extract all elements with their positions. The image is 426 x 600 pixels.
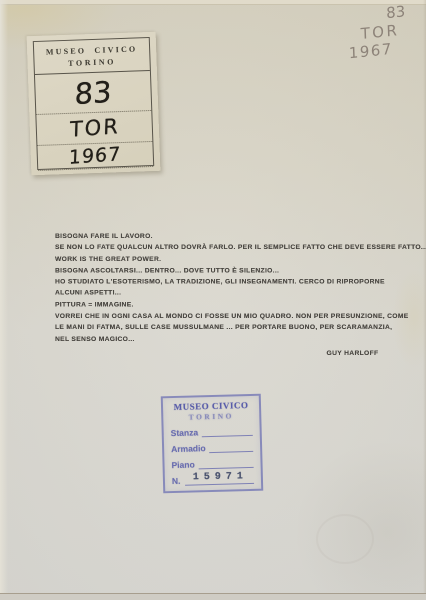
scanned-page: MUSEO CIVICO TORINO 83 TOR 1967 83 TOR 1… xyxy=(0,0,426,600)
quote-line: BISOGNA ASCOLTARSI... DENTRO... DOVE TUT… xyxy=(55,265,391,276)
quote-line: PITTURA = IMMAGINE. xyxy=(55,299,391,310)
inventory-stamp: MUSEO CIVICO TORINO Stanza Armadio Piano… xyxy=(161,394,264,494)
stamp-field-piano: Piano xyxy=(171,458,253,470)
faint-ring-mark xyxy=(316,514,374,564)
stamp-inventory-number: 15971 xyxy=(193,471,248,483)
page-edge-bottom xyxy=(0,593,426,600)
label-handwritten-number: 83 xyxy=(74,72,112,115)
label-entry-year: 1967 xyxy=(37,142,153,171)
label-entry-location: TOR xyxy=(36,111,152,146)
stamp-field-label: Armadio xyxy=(171,443,206,454)
quote-line: BISOGNA FARE IL LAVORO. xyxy=(55,231,391,242)
library-label-subtitle: TORINO xyxy=(34,56,149,69)
stamp-field-blank-line xyxy=(210,451,254,453)
library-label: MUSEO CIVICO TORINO 83 TOR 1967 xyxy=(27,32,161,175)
quote-line: ALCUNI ASPETTI... xyxy=(55,288,391,299)
library-label-header: MUSEO CIVICO TORINO xyxy=(34,38,150,75)
quote-line: NEL SENSO MAGICO... xyxy=(55,334,391,345)
quote-line: HO STUDIATO L'ESOTERISMO, LA TRADIZIONE,… xyxy=(55,277,391,288)
stamp-subtitle: TORINO xyxy=(163,411,259,423)
stamp-field-blank-line xyxy=(185,483,255,486)
quote-line: SE NON LO FATE QUALCUN ALTRO DOVRÀ FARLO… xyxy=(55,242,391,253)
label-entry-shelfmark: 83 xyxy=(35,71,151,115)
quote-line: LE MANI DI FATMA, SULLE CASE MUSSULMANE … xyxy=(55,322,391,333)
library-label-border: MUSEO CIVICO TORINO 83 TOR 1967 xyxy=(33,37,154,170)
page-edge-top xyxy=(0,0,426,5)
page-edge-left xyxy=(0,0,8,600)
stamp-field-blank-line xyxy=(202,435,253,437)
stamp-field-label: N. xyxy=(172,476,181,486)
quote-block: BISOGNA FARE IL LAVORO. SE NON LO FATE Q… xyxy=(55,231,391,359)
paper-stain-bottom-right xyxy=(296,442,426,592)
label-handwritten-year: 1967 xyxy=(69,142,122,170)
stamp-field-label: Piano xyxy=(171,459,194,470)
stamp-field-blank-line xyxy=(199,467,254,469)
pencil-note: 83 TOR 1967 xyxy=(343,1,416,63)
stamp-field-label: Stanza xyxy=(171,427,199,438)
quote-line: WORK IS THE GREAT POWER. xyxy=(55,254,391,265)
stamp-field-stanza: Stanza xyxy=(171,426,253,438)
stamp-field-armadio: Armadio xyxy=(171,442,253,454)
label-handwritten-code: TOR xyxy=(69,111,120,145)
quote-attribution: GUY HARLOFF xyxy=(55,348,378,359)
library-label-title: MUSEO CIVICO xyxy=(34,44,149,57)
quote-line: VORREI CHE IN OGNI CASA AL MONDO CI FOSS… xyxy=(55,311,391,322)
